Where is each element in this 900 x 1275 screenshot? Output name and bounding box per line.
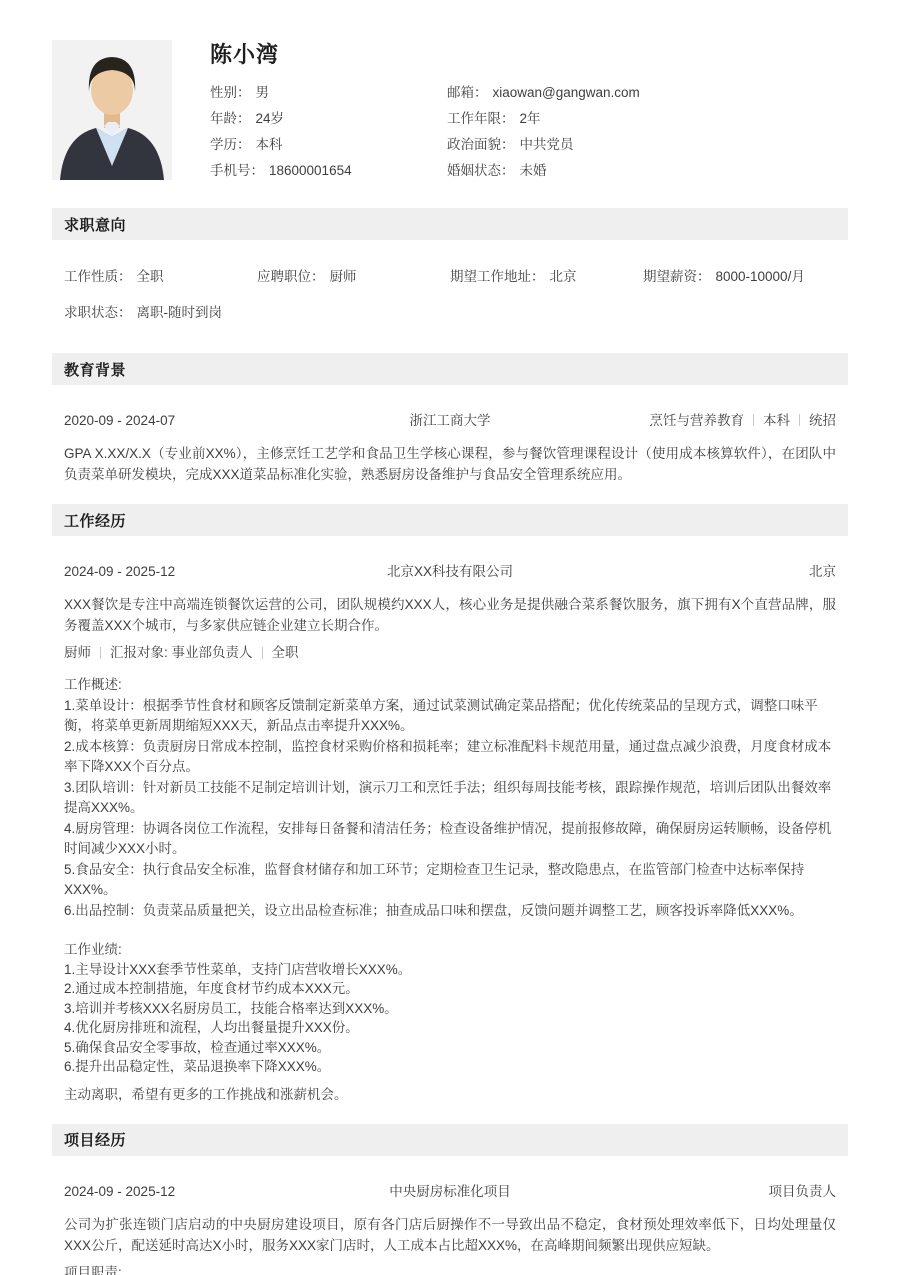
job-intent-row-1: 工作性质：全职 应聘职位：厨师 期望工作地址：北京 期望薪资：8000-1000… — [64, 267, 836, 286]
work-result-item: 6.提升出品稳定性，菜品退换率下降XXX%。 — [64, 1057, 836, 1077]
header-info: 陈小湾 性别：男 年龄：24岁 学历：本科 手机号：18600001654 邮箱… — [210, 40, 848, 180]
section-education: 教育背景 2020-09 - 2024-07 浙江工商大学 烹饪与营养教育本科统… — [52, 353, 848, 485]
position-title: 厨师 — [64, 643, 91, 662]
divider — [262, 647, 263, 659]
work-duty-item: 3.团队培训：针对新员工技能不足制定培训计划，演示刀工和烹饪手法；组织每周技能考… — [64, 778, 836, 819]
personal-info-grid: 性别：男 年龄：24岁 学历：本科 手机号：18600001654 邮箱：xia… — [210, 84, 848, 180]
field-target-city: 期望工作地址：北京 — [450, 267, 643, 286]
profile-photo — [52, 40, 172, 180]
divider — [100, 647, 101, 659]
section-bar-education: 教育背景 — [52, 353, 848, 385]
project-name: 中央厨房标准化项目 — [389, 1182, 511, 1201]
work-body: 2024-09 - 2025-12 北京XX科技有限公司 北京 XXX餐饮是专注… — [52, 562, 848, 1104]
section-title-project: 项目经历 — [64, 1129, 126, 1150]
section-work-experience: 工作经历 2024-09 - 2025-12 北京XX科技有限公司 北京 XXX… — [52, 504, 848, 1104]
education-admission-type: 统招 — [809, 413, 836, 428]
section-job-intent: 求职意向 工作性质：全职 应聘职位：厨师 期望工作地址：北京 期望薪资：8000… — [52, 208, 848, 322]
work-period: 2024-09 - 2025-12 — [64, 562, 387, 581]
work-meta-row: 2024-09 - 2025-12 北京XX科技有限公司 北京 — [64, 562, 836, 581]
project-description: 公司为扩张连锁门店启动的中央厨房建设项目，原有各门店后厨操作不一导致出品不稳定，… — [64, 1214, 836, 1256]
work-result-item: 4.优化厨房排班和流程，人均出餐量提升XXX份。 — [64, 1018, 836, 1038]
work-overview-block: 工作概述: 1.菜单设计：根据季节性食材和顾客反馈制定新菜单方案，通过试菜测试确… — [64, 675, 836, 921]
divider — [753, 414, 754, 426]
resume-header: 陈小湾 性别：男 年龄：24岁 学历：本科 手机号：18600001654 邮箱… — [52, 40, 848, 180]
work-result-item: 5.确保食品安全零事故，检查通过率XXX%。 — [64, 1038, 836, 1058]
education-period: 2020-09 - 2024-07 — [64, 411, 410, 430]
education-major: 烹饪与营养教育 — [650, 413, 745, 428]
education-school: 浙江工商大学 — [410, 411, 491, 430]
section-title-job-intent: 求职意向 — [64, 214, 126, 235]
field-phone: 手机号：18600001654 — [210, 162, 447, 180]
section-bar-project: 项目经历 — [52, 1124, 848, 1156]
education-meta-row: 2020-09 - 2024-07 浙江工商大学 烹饪与营养教育本科统招 — [64, 411, 836, 430]
job-intent-body: 工作性质：全职 应聘职位：厨师 期望工作地址：北京 期望薪资：8000-1000… — [52, 267, 848, 322]
project-duty-label: 项目职责: — [64, 1263, 836, 1275]
field-age: 年龄：24岁 — [210, 110, 447, 128]
field-marital-status: 婚姻状态：未婚 — [447, 162, 848, 180]
work-duty-item: 6.出品控制：负责菜品质量把关，设立出品检查标准；抽查成品口味和摆盘，反馈问题并… — [64, 901, 836, 922]
position-row: 厨师 汇报对象: 事业部负责人 全职 — [64, 643, 836, 662]
work-duty-item: 1.菜单设计：根据季节性食材和顾客反馈制定新菜单方案，通过试菜测试确定菜品搭配；… — [64, 696, 836, 737]
field-job-nature: 工作性质：全职 — [64, 267, 257, 286]
work-duty-item: 2.成本核算：负责厨房日常成本控制，监控食材采购价格和损耗率；建立标准配料卡规范… — [64, 737, 836, 778]
section-bar-work: 工作经历 — [52, 504, 848, 536]
section-bar-job-intent: 求职意向 — [52, 208, 848, 240]
report-to: 汇报对象: 事业部负责人 — [110, 643, 253, 662]
education-description: GPA X.XX/X.X（专业前XX%），主修烹饪工艺学和食品卫生学核心课程，参… — [64, 443, 836, 485]
field-work-years: 工作年限：2年 — [447, 110, 848, 128]
employment-type: 全职 — [272, 643, 299, 662]
field-political-status: 政治面貌：中共党员 — [447, 136, 848, 154]
project-meta-row: 2024-09 - 2025-12 中央厨房标准化项目 项目负责人 — [64, 1182, 836, 1201]
work-company: 北京XX科技有限公司 — [387, 562, 513, 581]
field-gender: 性别：男 — [210, 84, 447, 102]
project-body: 2024-09 - 2025-12 中央厨房标准化项目 项目负责人 公司为扩张连… — [52, 1182, 848, 1275]
leave-reason: 主动离职，希望有更多的工作挑战和涨薪机会。 — [64, 1085, 836, 1104]
education-degree: 本科 — [763, 413, 790, 428]
work-result-item: 3.培训并考核XXX名厨房员工，技能合格率达到XXX%。 — [64, 999, 836, 1019]
field-education: 学历：本科 — [210, 136, 447, 154]
field-email: 邮箱：xiaowan@gangwan.com — [447, 84, 848, 102]
field-expected-salary: 期望薪资：8000-10000/月 — [643, 267, 836, 286]
work-result-item: 2.通过成本控制措施，年度食材节约成本XXX元。 — [64, 979, 836, 999]
work-overview-label: 工作概述: — [64, 675, 836, 696]
field-target-position: 应聘职位：厨师 — [257, 267, 450, 286]
education-major-group: 烹饪与营养教育本科统招 — [491, 411, 837, 430]
resume-page: 陈小湾 性别：男 年龄：24岁 学历：本科 手机号：18600001654 邮箱… — [0, 0, 900, 1275]
work-location: 北京 — [513, 562, 836, 581]
work-duty-item: 4.厨房管理：协调各岗位工作流程，安排每日备餐和清洁任务；检查设备维护情况，提前… — [64, 819, 836, 860]
company-intro: XXX餐饮是专注中高端连锁餐饮运营的公司，团队规模约XXX人，核心业务是提供融合… — [64, 594, 836, 636]
project-role: 项目负责人 — [511, 1182, 836, 1201]
field-job-status: 求职状态：离职-随时到岗 — [64, 303, 836, 322]
section-title-education: 教育背景 — [64, 359, 126, 380]
work-results-block: 工作业绩: 1.主导设计XXX套季节性菜单，支持门店营收增长XXX%。 2.通过… — [64, 940, 836, 1077]
section-title-work: 工作经历 — [64, 510, 126, 531]
divider — [799, 414, 800, 426]
candidate-name: 陈小湾 — [210, 42, 848, 68]
portrait-illustration — [52, 40, 172, 180]
education-body: 2020-09 - 2024-07 浙江工商大学 烹饪与营养教育本科统招 GPA… — [52, 411, 848, 485]
work-result-item: 1.主导设计XXX套季节性菜单，支持门店营收增长XXX%。 — [64, 960, 836, 980]
work-duty-item: 5.食品安全：执行食品安全标准，监督食材储存和加工环节；定期检查卫生记录，整改隐… — [64, 860, 836, 901]
project-period: 2024-09 - 2025-12 — [64, 1182, 389, 1201]
section-project-experience: 项目经历 2024-09 - 2025-12 中央厨房标准化项目 项目负责人 公… — [52, 1124, 848, 1275]
work-results-label: 工作业绩: — [64, 940, 836, 960]
